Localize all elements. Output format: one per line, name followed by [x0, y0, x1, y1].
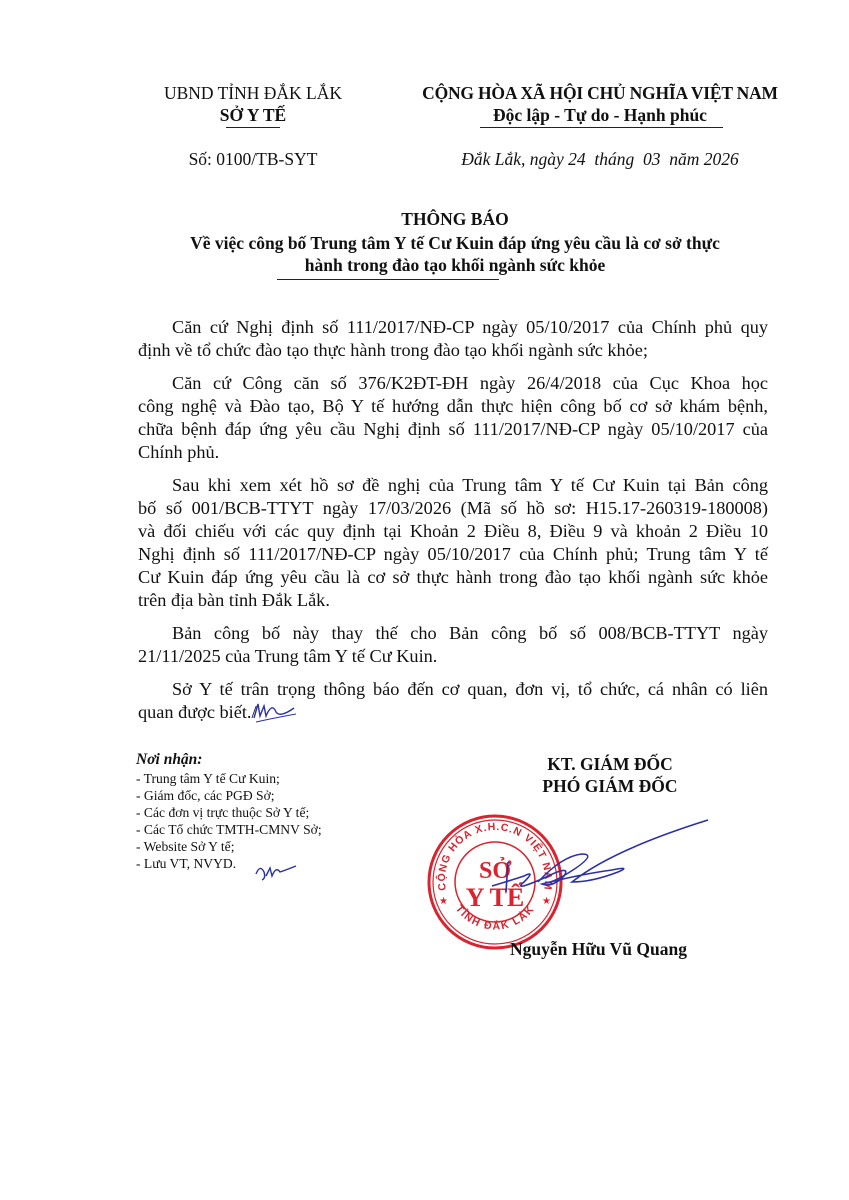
body-line: 21/11/2025 của Trung tâm Y tế Cư Kuin. — [138, 645, 768, 667]
initials-mark-icon — [250, 698, 300, 728]
recipient-item: - Giám đốc, các PGĐ Sở; — [136, 787, 275, 804]
recipient-item: - Lưu VT, NVYD. — [136, 855, 236, 872]
doc-subtitle-line1: Về việc công bố Trung tâm Y tế Cư Kuin đ… — [120, 232, 790, 254]
signature-authority: KT. GIÁM ĐỐC — [470, 753, 750, 775]
doc-heading: THÔNG BÁO — [140, 208, 770, 230]
signature-position: PHÓ GIÁM ĐỐC — [470, 775, 750, 797]
initials-mark-icon — [254, 862, 298, 884]
recipients-label: Nơi nhận: — [136, 750, 202, 770]
nation-title: CỘNG HÒA XÃ HỘI CHỦ NGHĨA VIỆT NAM — [400, 82, 800, 104]
body-line: Căn cứ Công căn số 376/K2ĐT-ĐH ngày 26/4… — [172, 372, 768, 394]
body-line: Căn cứ Nghị định số 111/2017/NĐ-CP ngày … — [172, 316, 768, 338]
org-parent: UBND TỈNH ĐẮK LẮK — [140, 82, 366, 104]
body-line: định về tổ chức đào tạo thực hành trong … — [138, 339, 768, 361]
motto-underline — [480, 127, 723, 128]
signer-name: Nguyễn Hữu Vũ Quang — [510, 938, 687, 960]
recipient-item: - Các đơn vị trực thuộc Sở Y tế; — [136, 804, 309, 821]
body-line: Chính phủ. — [138, 441, 768, 463]
body-line: quan được biết./ — [138, 701, 768, 723]
body-line: Sau khi xem xét hồ sơ đề nghị của Trung … — [172, 474, 768, 496]
doc-number: Số: 0100/TB-SYT — [140, 148, 366, 170]
recipient-item: - Trung tâm Y tế Cư Kuin; — [136, 770, 280, 787]
recipient-item: - Các Tổ chức TMTH-CMNV Sở; — [136, 821, 322, 838]
body-line: và đối chiếu với các quy định tại Khoản … — [138, 520, 768, 542]
body-line: Nghị định số 111/2017/NĐ-CP ngày 05/10/2… — [138, 543, 768, 565]
body-line: Sở Y tế trân trọng thông báo đến cơ quan… — [172, 678, 768, 700]
svg-text:★: ★ — [439, 896, 448, 907]
doc-subtitle-line2: hành trong đào tạo khối ngành sức khỏe — [120, 254, 790, 276]
title-underline — [277, 279, 499, 280]
motto: Độc lập - Tự do - Hạnh phúc — [400, 104, 800, 126]
handwritten-signature-icon — [472, 820, 712, 940]
org-underline — [226, 127, 280, 128]
place-date: Đắk Lắk, ngày 24 tháng 03 năm 2026 — [400, 148, 800, 170]
org-name: SỞ Y TẾ — [140, 104, 366, 126]
body-line: công nghệ và Đào tạo, Bộ Y tế hướng dẫn … — [138, 395, 768, 417]
body-line: bố số 001/BCB-TTYT ngày 17/03/2026 (Mã s… — [138, 497, 768, 519]
recipient-item: - Website Sở Y tế; — [136, 838, 234, 855]
body-line: Cư Kuin đáp ứng yêu cầu là cơ sở thực hà… — [138, 566, 768, 588]
body-line: chữa bệnh đáp ứng yêu cầu Nghị định số 1… — [138, 418, 768, 440]
body-line: trên địa bàn tỉnh Đắk Lắk. — [138, 589, 768, 611]
body-line: Bản công bố này thay thế cho Bản công bố… — [172, 622, 768, 644]
